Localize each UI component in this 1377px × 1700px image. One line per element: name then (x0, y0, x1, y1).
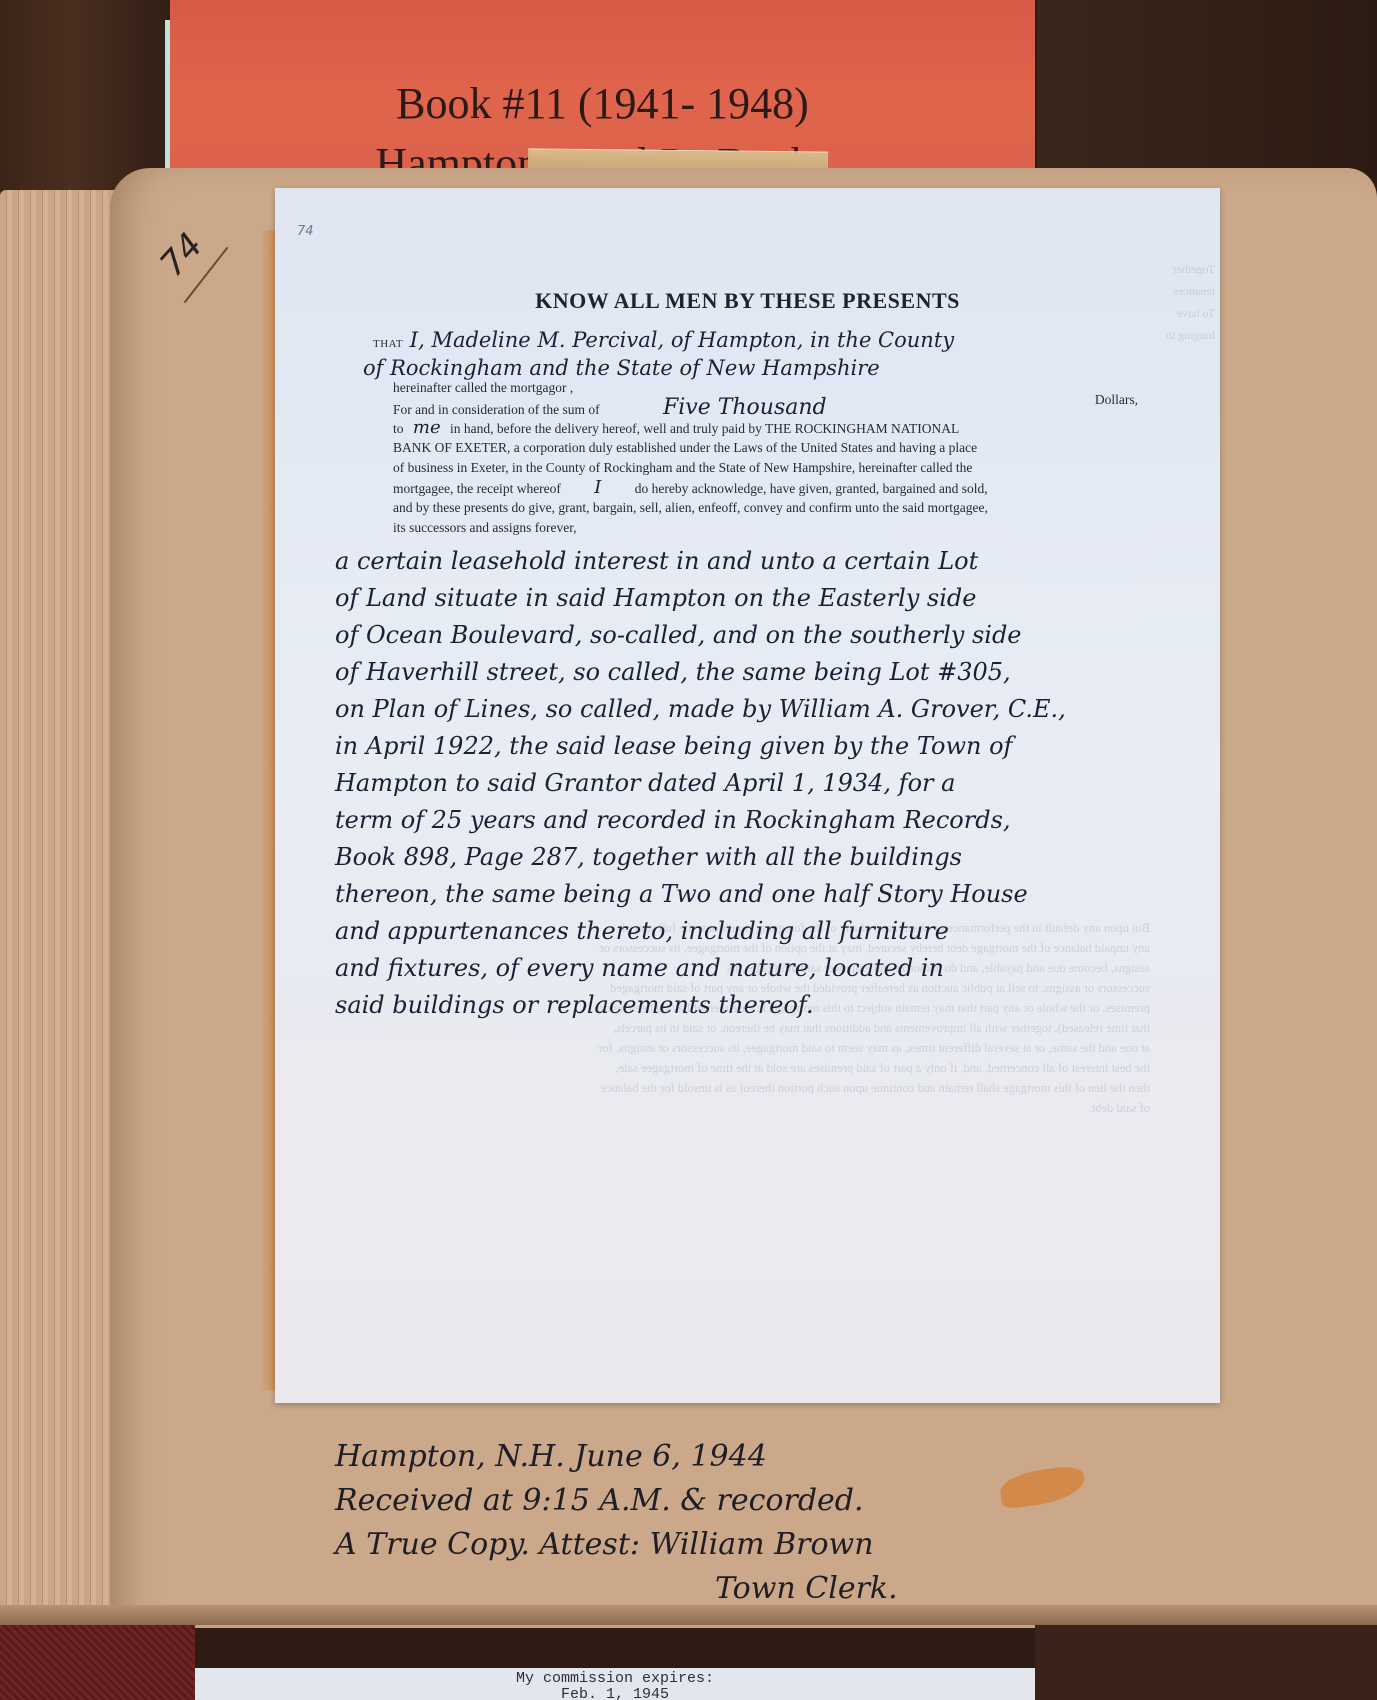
handwritten-line: thereon, the same being a Two and one ha… (335, 876, 1165, 913)
receipt-label: mortgagee, the receipt whereof (393, 481, 561, 496)
mortgage-deed-document: 74 TogethertenancesTo havelonging to KNO… (275, 188, 1220, 1403)
red-cloth-background (0, 1625, 195, 1700)
divider-title-line1: Book #11 (1941- 1948) (170, 78, 1035, 129)
printed-to-line: to me in hand, before the delivery hereo… (393, 418, 1173, 439)
consideration-label: For and in consideration of the sum of (393, 402, 600, 417)
printed-bank-line: BANK OF EXETER, a corporation duly estab… (393, 438, 1173, 458)
handwritten-line: in April 1922, the said lease being give… (335, 728, 1165, 765)
bleed-line: successors or assigns, to sell at public… (370, 978, 1150, 998)
receipt-rest: do hereby acknowledge, have given, grant… (635, 481, 988, 496)
dark-background-right (1035, 1625, 1377, 1700)
bleed-line: any unpaid balance of the mortgage debt … (370, 938, 1150, 958)
notary-commission-label: My commission expires: (195, 1670, 1035, 1687)
handwritten-line: of Ocean Boulevard, so-called, and on th… (335, 617, 1165, 654)
handwritten-line: on Plan of Lines, so called, made by Wil… (335, 691, 1165, 728)
bleed-line: that time released), together with all i… (370, 1018, 1150, 1038)
handwritten-line: Book 898, Page 287, together with all th… (335, 839, 1165, 876)
printed-consideration-line: For and in consideration of the sum of F… (393, 398, 1113, 420)
printed-receipt-line: mortgagee, the receipt whereof I do here… (393, 478, 1173, 499)
deed-corner-number: 74 (297, 224, 314, 239)
bleed-line: the best interest of all concerned, and,… (370, 1058, 1150, 1078)
printed-business-line: of business in Exeter, in the County of … (393, 458, 1173, 478)
bleed-line: at one and the same, or at several diffe… (370, 1038, 1150, 1058)
bleed-line: premises, or the whole or any part that … (370, 998, 1150, 1018)
bleed-line: then the lien of this mortgage shall rem… (370, 1078, 1150, 1098)
ledger-bottom-edge (0, 1605, 1377, 1625)
handwritten-line: term of 25 years and recorded in Rocking… (335, 802, 1165, 839)
to-hand: me (413, 417, 441, 438)
bleed-through-text: But upon any default in the performance … (370, 918, 1150, 1118)
bleed-line: assigns, become due and payable, and do … (370, 958, 1150, 978)
notary-sheet-below: My commission expires: Feb. 1, 1945 (195, 1668, 1035, 1700)
notary-commission-date: Feb. 1, 1945 (195, 1686, 1035, 1700)
grantor-hand-line1: I, Madeline M. Percival, of Hampton, in … (410, 328, 954, 352)
recording-line-received: Received at 9:15 A.M. & recorded. (335, 1479, 1095, 1523)
to-label: to (393, 421, 404, 436)
sum-handwritten: Five Thousand (663, 395, 827, 420)
dollars-label: Dollars, (1095, 390, 1138, 410)
to-rest: in hand, before the delivery hereof, wel… (450, 421, 959, 436)
receipt-hand: I (594, 477, 601, 498)
deed-heading: KNOW ALL MEN BY THESE PRESENTS (275, 288, 1220, 314)
handwritten-line: Hampton to said Grantor dated April 1, 1… (335, 765, 1165, 802)
bleed-line: But upon any default in the performance … (370, 918, 1150, 938)
wood-background-right (1037, 0, 1377, 180)
bleed-line: of said debt. (370, 1098, 1150, 1118)
recording-line-attest: A True Copy. Attest: William Brown (335, 1523, 1095, 1567)
that-label: THAT (373, 338, 403, 350)
handwritten-line: of Haverhill street, so called, the same… (335, 654, 1165, 691)
recording-note: Hampton, N.H. June 6, 1944 Received at 9… (335, 1435, 1095, 1611)
printed-presents-line: and by these presents do give, grant, ba… (393, 498, 1173, 518)
printed-successors-line: its successors and assigns forever, (393, 518, 1113, 538)
handwritten-line: a certain leasehold interest in and unto… (335, 543, 1165, 580)
recording-line-place-date: Hampton, N.H. June 6, 1944 (335, 1435, 1095, 1479)
handwritten-line: of Land situate in said Hampton on the E… (335, 580, 1165, 617)
